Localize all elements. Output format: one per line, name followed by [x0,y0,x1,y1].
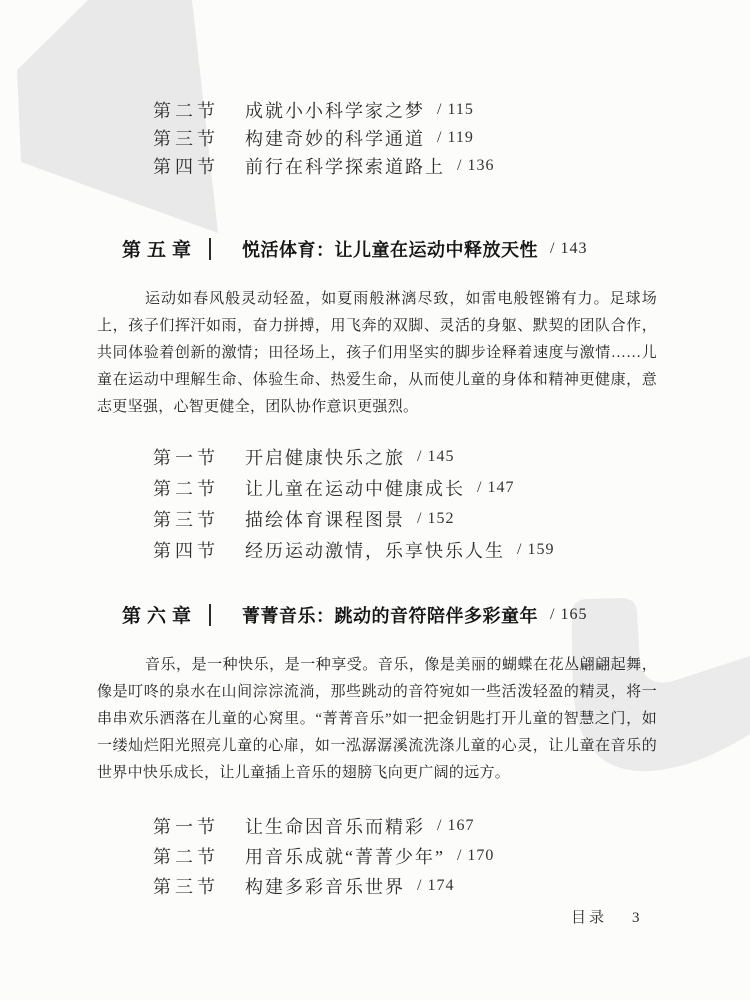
toc-item-page: / 159 [517,541,554,559]
toc-item-title: 成就小小科学家之梦 [245,97,425,123]
chapter-page-number: / 165 [550,606,587,624]
toc-item-page: / 174 [417,877,454,895]
toc-item-page: / 147 [477,479,514,497]
toc-item-title: 描绘体育课程图景 [245,506,405,532]
heading-divider-bar [209,238,211,260]
chapter-title: 菁菁音乐：跳动的音符陪伴多彩童年 [242,602,538,628]
chapter-5-heading: 第五章 悦活体育：让儿童在运动中释放天性 / 143 [122,235,587,262]
toc-item: 第二节 让儿童在运动中健康成长 / 147 [153,472,554,503]
toc-item-label: 第一节 [153,444,219,470]
footer-toc-label: 目录 [571,906,607,927]
toc-item-label: 第三节 [153,125,219,151]
toc-item: 第三节 描绘体育课程图景 / 152 [153,503,554,534]
toc-item-page: / 145 [417,448,454,466]
toc-item-page: / 136 [457,157,494,175]
toc-item-title: 构建奇妙的科学通道 [245,125,425,151]
toc-item-title: 用音乐成就“菁菁少年” [245,843,445,869]
chapter-6-intro-paragraph: 音乐，是一种快乐，是一种享受。音乐，像是美丽的蝴蝶在花丛翩翩起舞，像是叮咚的泉水… [97,652,657,787]
toc-item: 第二节 用音乐成就“菁菁少年” / 170 [153,841,494,871]
toc-item-title: 开启健康快乐之旅 [245,444,405,470]
toc-item-page: / 152 [417,510,454,528]
heading-divider-bar [209,604,211,626]
toc-item: 第一节 让生命因音乐而精彩 / 167 [153,811,494,841]
chapter-title: 悦活体育：让儿童在运动中释放天性 [242,236,538,262]
page-footer: 目录 3 [571,906,640,927]
toc-item-page: / 119 [437,129,474,147]
toc-item: 第四节 前行在科学探索道路上 / 136 [153,152,494,180]
toc-item: 第二节 成就小小科学家之梦 / 115 [153,96,494,124]
chapter-page-number: / 143 [550,240,587,258]
chapter-number: 第五章 [122,235,197,262]
chapter-6-heading: 第六章 菁菁音乐：跳动的音符陪伴多彩童年 / 165 [122,601,587,628]
toc-item-title: 让生命因音乐而精彩 [245,813,425,839]
toc-item-title: 前行在科学探索道路上 [245,153,445,179]
toc-item-page: / 115 [437,101,474,119]
toc-item: 第三节 构建奇妙的科学通道 / 119 [153,124,494,152]
toc-item-label: 第四节 [153,153,219,179]
toc-item: 第四节 经历运动激情，乐享快乐人生 / 159 [153,534,554,565]
toc-item-label: 第二节 [153,97,219,123]
book-toc-page: 第二节 成就小小科学家之梦 / 115 第三节 构建奇妙的科学通道 / 119 … [0,0,750,1000]
chapter-number: 第六章 [122,601,197,628]
toc-list-chapter-5: 第一节 开启健康快乐之旅 / 145 第二节 让儿童在运动中健康成长 / 147… [153,441,554,565]
toc-list-top: 第二节 成就小小科学家之梦 / 115 第三节 构建奇妙的科学通道 / 119 … [153,96,494,180]
toc-item-label: 第二节 [153,843,219,869]
toc-item-label: 第四节 [153,537,219,563]
footer-page-number: 3 [632,910,640,927]
toc-item-title: 让儿童在运动中健康成长 [245,475,465,501]
toc-item-label: 第三节 [153,506,219,532]
toc-list-chapter-6: 第一节 让生命因音乐而精彩 / 167 第二节 用音乐成就“菁菁少年” / 17… [153,811,494,901]
chapter-5-intro-paragraph: 运动如春风般灵动轻盈，如夏雨般淋漓尽致，如雷电般铿锵有力。足球场上，孩子们挥汗如… [97,286,657,421]
toc-item: 第一节 开启健康快乐之旅 / 145 [153,441,554,472]
toc-item-label: 第一节 [153,813,219,839]
toc-item-label: 第二节 [153,475,219,501]
toc-item: 第三节 构建多彩音乐世界 / 174 [153,871,494,901]
toc-item-page: / 167 [437,817,474,835]
toc-item-title: 构建多彩音乐世界 [245,873,405,899]
toc-item-title: 经历运动激情，乐享快乐人生 [245,537,505,563]
toc-item-page: / 170 [457,847,494,865]
toc-item-label: 第三节 [153,873,219,899]
